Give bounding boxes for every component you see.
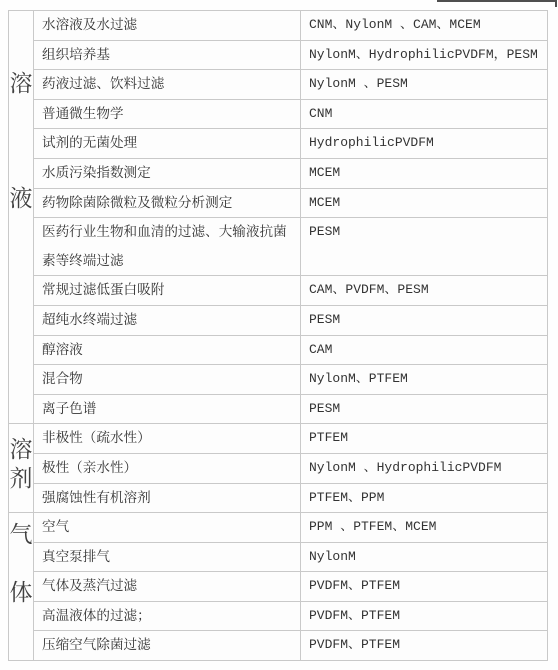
application-cell: 医药行业生物和血清的过滤、大输液抗菌素等终端过滤 [34, 218, 301, 276]
table-row: 药液过滤、饮料过滤 NylonM 、PESM [9, 70, 548, 100]
application-cell: 水质污染指数测定 [34, 158, 301, 188]
category-cell-gas: 气 体 [9, 513, 34, 661]
category-char: 溶 [9, 436, 33, 462]
table-row: 真空泵排气 NylonM [9, 542, 548, 572]
application-cell: 药物除菌除微粒及微粒分析测定 [34, 188, 301, 218]
table-row: 气 体 空气 PPM 、PTFEM、MCEM [9, 513, 548, 543]
membranes-cell: MCEM [301, 158, 548, 188]
screenshot-edge-artifact-vertical [555, 0, 557, 7]
application-cell: 常规过滤低蛋白吸附 [34, 276, 301, 306]
application-cell: 超纯水终端过滤 [34, 305, 301, 335]
table-row: 极性（亲水性） NylonM 、HydrophilicPVDFM [9, 453, 548, 483]
table-row: 醇溶液 CAM [9, 335, 548, 365]
membranes-cell: PVDFM、PTFEM [301, 601, 548, 631]
table-row: 气体及蒸汽过滤 PVDFM、PTFEM [9, 572, 548, 602]
table-row: 溶 液 水溶液及水过滤 CNM、NylonM 、CAM、MCEM [9, 11, 548, 41]
application-cell: 试剂的无菌处理 [34, 129, 301, 159]
category-cell-solvent: 溶 剂 [9, 424, 34, 513]
category-char: 剂 [9, 465, 33, 491]
membranes-cell: CAM [301, 335, 548, 365]
application-cell: 非极性（疏水性） [34, 424, 301, 454]
application-cell: 极性（亲水性） [34, 453, 301, 483]
membrane-application-table: 溶 液 水溶液及水过滤 CNM、NylonM 、CAM、MCEM 组织培养基 N… [8, 10, 548, 661]
table-row: 试剂的无菌处理 HydrophilicPVDFM [9, 129, 548, 159]
application-cell: 水溶液及水过滤 [34, 11, 301, 41]
table-row: 医药行业生物和血清的过滤、大输液抗菌素等终端过滤 PESM [9, 218, 548, 276]
membranes-cell: PESM [301, 305, 548, 335]
table-row: 强腐蚀性有机溶剂 PTFEM、PPM [9, 483, 548, 513]
application-cell: 混合物 [34, 365, 301, 395]
membranes-cell: NylonM、PTFEM [301, 365, 548, 395]
membranes-cell: CNM、NylonM 、CAM、MCEM [301, 11, 548, 41]
membranes-cell: PTFEM、PPM [301, 483, 548, 513]
membranes-cell: PTFEM [301, 424, 548, 454]
membranes-cell: NylonM、HydrophilicPVDFM，PESM [301, 40, 548, 70]
table-row: 常规过滤低蛋白吸附 CAM、PVDFM、PESM [9, 276, 548, 306]
membranes-cell: PESM [301, 394, 548, 424]
membranes-cell: HydrophilicPVDFM [301, 129, 548, 159]
table-row: 超纯水终端过滤 PESM [9, 305, 548, 335]
application-cell: 空气 [34, 513, 301, 543]
membranes-cell: PVDFM、PTFEM [301, 631, 548, 661]
table-row: 离子色谱 PESM [9, 394, 548, 424]
application-cell: 高温液体的过滤； [34, 601, 301, 631]
table-row: 药物除菌除微粒及微粒分析测定 MCEM [9, 188, 548, 218]
membranes-cell: CNM [301, 99, 548, 129]
table-body: 溶 液 水溶液及水过滤 CNM、NylonM 、CAM、MCEM 组织培养基 N… [9, 11, 548, 661]
membranes-cell: CAM、PVDFM、PESM [301, 276, 548, 306]
table-row: 高温液体的过滤； PVDFM、PTFEM [9, 601, 548, 631]
membranes-cell: MCEM [301, 188, 548, 218]
table-row: 普通微生物学 CNM [9, 99, 548, 129]
application-cell: 气体及蒸汽过滤 [34, 572, 301, 602]
table-row: 组织培养基 NylonM、HydrophilicPVDFM，PESM [9, 40, 548, 70]
application-cell: 强腐蚀性有机溶剂 [34, 483, 301, 513]
table-row: 压缩空气除菌过滤 PVDFM、PTFEM [9, 631, 548, 661]
category-char: 液 [9, 185, 33, 211]
category-char: 体 [9, 579, 33, 605]
application-cell: 普通微生物学 [34, 99, 301, 129]
application-cell: 组织培养基 [34, 40, 301, 70]
membranes-cell: NylonM 、HydrophilicPVDFM [301, 453, 548, 483]
application-cell: 真空泵排气 [34, 542, 301, 572]
screenshot-edge-artifact-horizontal [437, 0, 557, 2]
application-cell: 醇溶液 [34, 335, 301, 365]
membranes-cell: PPM 、PTFEM、MCEM [301, 513, 548, 543]
page: 溶 液 水溶液及水过滤 CNM、NylonM 、CAM、MCEM 组织培养基 N… [0, 0, 558, 670]
category-char: 溶 [9, 70, 33, 96]
membranes-cell: NylonM [301, 542, 548, 572]
membranes-cell: PVDFM、PTFEM [301, 572, 548, 602]
application-cell: 离子色谱 [34, 394, 301, 424]
category-char: 气 [9, 521, 33, 547]
category-cell-solution: 溶 液 [9, 11, 34, 424]
table-row: 溶 剂 非极性（疏水性） PTFEM [9, 424, 548, 454]
application-cell: 压缩空气除菌过滤 [34, 631, 301, 661]
application-cell: 药液过滤、饮料过滤 [34, 70, 301, 100]
table-row: 混合物 NylonM、PTFEM [9, 365, 548, 395]
membranes-cell: NylonM 、PESM [301, 70, 548, 100]
membranes-cell: PESM [301, 218, 548, 276]
table-row: 水质污染指数测定 MCEM [9, 158, 548, 188]
